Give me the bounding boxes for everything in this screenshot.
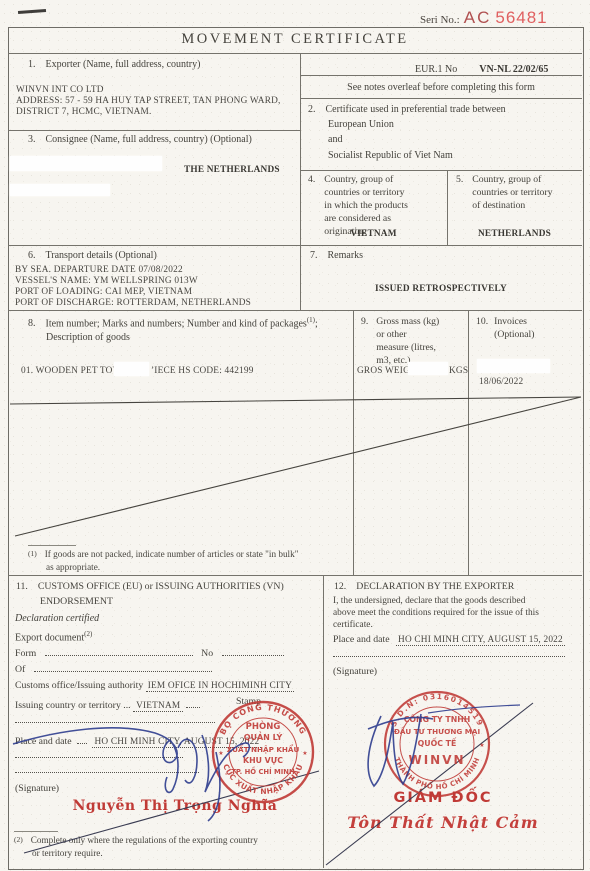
box3-number: 3. (28, 134, 36, 145)
originating-country: VIETNAM (300, 229, 447, 240)
box10-line2: (Optional) (494, 328, 534, 341)
exporter-address-2: DISTRICT 7, HCMC, VIETNAM. (16, 107, 152, 118)
place-date-label-12: Place and date (333, 634, 390, 645)
box12-header: 12.DECLARATION BY THE EXPORTER (334, 581, 514, 592)
divider-notes (300, 98, 582, 99)
director-title: GIÁM ĐỐC (343, 790, 543, 806)
eur1-line: EUR.1 No VN-NL 22/02/65 (415, 59, 548, 77)
no-dots (222, 646, 284, 656)
export-document-label: Export document (15, 632, 84, 643)
eur1-value: VN-NL 22/02/65 (479, 64, 548, 75)
box7-title: Remarks (328, 250, 364, 261)
box9-number: 9. (361, 315, 368, 328)
form-label: Form (15, 648, 36, 659)
box2-header: 2.Certificate used in preferential trade… (308, 104, 506, 115)
issuing-country-label: Issuing country or territory ... (15, 700, 131, 711)
goods-description-2: ’IECE HS CODE: 442199 (151, 366, 254, 377)
box5-line2: countries or territory (472, 186, 552, 199)
box1-number: 1. (28, 59, 36, 70)
box5-number: 5. (456, 173, 463, 186)
box9-line3: measure (litres, (376, 341, 439, 354)
box3-title: Consignee (Name, full address, country) … (46, 134, 252, 145)
divider-box9-10 (468, 310, 469, 575)
box9-header: 9. Gross mass (kg) or other measure (lit… (361, 315, 439, 367)
box2-conjunction: and (328, 134, 342, 145)
box4-line3: in which the products (324, 199, 408, 212)
footnote2-line1: (2)Complete only where the regulations o… (14, 834, 258, 847)
declaration-certified: Declaration certified (15, 613, 99, 624)
place-date-row-12: Place and date HO CHI MINH CITY, AUGUST … (333, 634, 565, 646)
dotted-line-12 (333, 656, 565, 657)
box11-title1: CUSTOMS OFFICE (EU) or ISSUING AUTHORITI… (38, 581, 284, 592)
box12-number: 12. (334, 581, 346, 592)
box4-line1: Country, group of (324, 173, 408, 186)
see-notes: See notes overleaf before completing thi… (300, 82, 582, 93)
movement-certificate-page: { "page": { "seri_label": "Seri No.:", "… (0, 0, 590, 871)
goods-redaction (114, 362, 149, 376)
remarks-value: ISSUED RETROSPECTIVELY (300, 284, 582, 295)
form-row: Form No (15, 646, 284, 659)
footnote1-line1: (1)If goods are not packed, indicate num… (28, 548, 298, 561)
declaration-line1: I, the undersigned, declare that the goo… (333, 595, 525, 608)
invoice-date: 18/06/2022 (479, 377, 523, 388)
exporter-address-1: ADDRESS: 57 - 59 HA HUY TAP STREET, TAN … (16, 96, 281, 107)
box11-number: 11. (16, 581, 28, 592)
director-name: Tôn Thất Nhật Cảm (333, 813, 553, 832)
export-document-footnote-ref: (2) (84, 630, 92, 638)
gross-weight-unit: KGS (449, 366, 468, 377)
document-title: MOVEMENT CERTIFICATE (8, 31, 582, 48)
no-label: No (201, 648, 213, 659)
box8-subtitle: Description of goods (46, 332, 130, 343)
divider-box6-7 (300, 245, 301, 310)
divider-row4 (8, 575, 582, 576)
signature-label-11: (Signature) (15, 783, 59, 794)
transport-line1: BY SEA. DEPARTURE DATE 07/08/2022 (15, 265, 183, 276)
footnote1-text1: If goods are not packed, indicate number… (45, 549, 299, 559)
signatory-name: Nguyễn Thị Trọng Nghĩa (60, 798, 290, 814)
gross-weight-redaction (408, 362, 448, 375)
box3-header: 3.Consignee (Name, full address, country… (28, 134, 252, 145)
place-date-value-12: HO CHI MINH CITY, AUGUST 15, 2022 (396, 635, 565, 646)
box12-title: DECLARATION BY THE EXPORTER (356, 581, 514, 592)
divider-row3 (8, 310, 582, 311)
box2-party1: European Union (328, 119, 394, 130)
of-label: Of (15, 664, 25, 675)
footnote1-rule (28, 545, 76, 546)
dotted-line-3 (15, 772, 199, 773)
divider-box8-9 (353, 310, 354, 575)
divider-box11-12 (323, 575, 324, 868)
exporter-name: WINVN INT CO LTD (16, 85, 104, 96)
dotted-line-1 (15, 722, 215, 723)
box11-title2: ENDORSEMENT (40, 596, 113, 607)
customs-office-row: Customs office/Issuing authority IEM OFI… (15, 680, 294, 692)
box8-footnote-ref: (1) (307, 316, 315, 324)
place-dots (77, 734, 87, 744)
box9-line1: Gross mass (kg) (376, 315, 439, 328)
consignee-redaction-2 (10, 184, 110, 196)
transport-line2: VESSEL'S NAME: YM WELLSPRING 013W (15, 276, 198, 287)
box5-line3: of destination (472, 199, 552, 212)
goods-description-1: 01. WOODEN PET TOY (21, 366, 119, 377)
dotted-line-2 (15, 757, 183, 758)
box6-title: Transport details (Optional) (46, 250, 157, 261)
divider-row2 (8, 245, 582, 246)
box5-line1: Country, group of (472, 173, 552, 186)
box1-title: Exporter (Name, full address, country) (46, 59, 201, 70)
footnote2-line2: or territory require. (32, 847, 103, 860)
transport-line3: PORT OF LOADING: CAI MEP, VIETNAM (15, 287, 192, 298)
box11-header: 11.CUSTOMS OFFICE (EU) or ISSUING AUTHOR… (16, 581, 284, 592)
issuing-country-value: VIETNAM (133, 701, 183, 712)
box8-title: Item number; Marks and numbers; Number a… (46, 318, 307, 329)
declaration-line3: certificate. (333, 619, 373, 632)
seri-prefix: AC (464, 8, 492, 27)
signature-label-12: (Signature) (333, 666, 377, 677)
customs-office-label: Customs office/Issuing authority (15, 680, 143, 691)
place-date-row-11: Place and date HO CHI MINH CITY, AUGUST … (15, 734, 261, 748)
footnote2-rule (14, 831, 58, 832)
of-dots (34, 662, 212, 672)
box9-line2: or other (376, 328, 439, 341)
box6-header: 6.Transport details (Optional) (28, 250, 157, 261)
seri-label: Seri No.: (420, 14, 460, 26)
box7-header: 7.Remarks (310, 250, 363, 261)
box2-party2: Socialist Republic of Viet Nam (328, 150, 453, 161)
box2-title: Certificate used in preferential trade b… (326, 104, 506, 115)
box4-number: 4. (308, 173, 315, 186)
divider-box2 (300, 170, 582, 171)
customs-office-value: IEM OFICE IN HOCHIMINH CITY (146, 681, 294, 692)
box8-number: 8. (28, 318, 36, 329)
declaration-line2: above meet the conditions required for t… (333, 607, 539, 620)
place-date-label-11: Place and date (15, 736, 72, 747)
box10-line1: Invoices (494, 315, 534, 328)
box8-title-end: ; (315, 318, 318, 329)
footnote2-text1: Complete only where the regulations of t… (31, 835, 258, 845)
title-divider (8, 53, 582, 54)
consignee-redaction (10, 156, 162, 171)
footnote2-marker: (2) (14, 834, 23, 847)
stamp-label: Stamp (236, 696, 261, 707)
footnote1-marker: (1) (28, 548, 37, 561)
transport-line4: PORT OF DISCHARGE: ROTTERDAM, NETHERLAND… (15, 298, 251, 309)
box10-number: 10. (476, 315, 488, 328)
box8-header: 8.Item number; Marks and numbers; Number… (28, 316, 318, 329)
box4-line4: are considered as (324, 212, 408, 225)
box5-header: 5. Country, group of countries or territ… (456, 173, 552, 212)
issuing-dots (186, 698, 200, 708)
invoice-redaction (477, 359, 550, 373)
box6-number: 6. (28, 250, 36, 261)
box10-header: 10. Invoices (Optional) (476, 315, 534, 341)
place-date-value-11: HO CHI MINH CITY, AUGUST 15, 2022 (92, 737, 261, 748)
box2-number: 2. (308, 104, 316, 115)
of-row: Of (15, 662, 212, 675)
serial-number-line: Seri No.: AC 56481 (420, 8, 548, 28)
consignee-country: THE NETHERLANDS (184, 165, 280, 176)
issuing-country-row: Issuing country or territory ... VIETNAM (15, 698, 200, 712)
form-dots (45, 646, 193, 656)
destination-country: NETHERLANDS (447, 229, 582, 240)
box4-line2: countries or territory (324, 186, 408, 199)
box7-number: 7. (310, 250, 318, 261)
eur1-label: EUR.1 No (415, 64, 457, 75)
export-document: Export document(2) (15, 630, 92, 643)
divider-box1-3 (8, 130, 300, 131)
seri-number: 56481 (495, 8, 547, 27)
footnote1-line2: as appropriate. (46, 561, 100, 574)
scan-mark (18, 9, 46, 13)
box1-header: 1.Exporter (Name, full address, country) (28, 59, 200, 70)
